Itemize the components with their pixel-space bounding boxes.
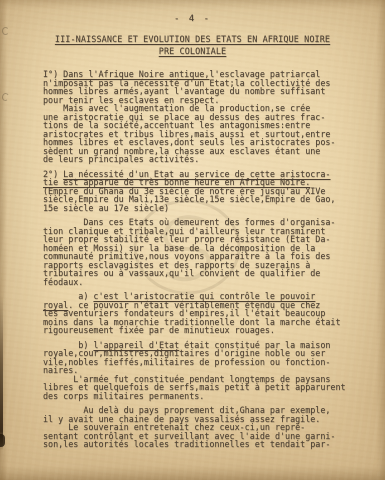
paragraph: Au delà du pays proprement dit,Ghana par… — [43, 406, 355, 449]
text-line: rigoureusement fixée par de minutieux ro… — [43, 326, 355, 335]
text-line: féodaux. — [43, 278, 355, 287]
title-line-2: PRE COLONIALE — [159, 46, 227, 56]
paragraph: a) c'est l'aristocratie qui contrôle le … — [43, 292, 355, 335]
title-line-1: III-NAISSANCE ET EVOLUTION DES ETATS EN … — [55, 34, 330, 44]
page-number: - 4 - — [0, 14, 385, 24]
pencil-mark — [1, 92, 10, 101]
text-line: 15e siècle au 17e siècle) — [43, 204, 355, 213]
paragraph: b) l'appareil d'Etat était constitué par… — [43, 341, 355, 401]
text-line: des corps militaires permanents. — [43, 392, 355, 401]
text-line: son,les autorités locales traditionnelle… — [43, 440, 355, 449]
document-title: III-NAISSANCE ET EVOLUTION DES ETATS EN … — [0, 33, 385, 57]
scan-edge-shadow — [0, 295, 3, 450]
paragraph: Dans ces Etats où demeurent des formes d… — [43, 218, 355, 286]
scan-edge-blob — [0, 434, 5, 447]
text-line: de leurs principales activités. — [43, 155, 355, 164]
scanned-document-page: - 4 - III-NAISSANCE ET EVOLUTION DES ETA… — [0, 0, 385, 480]
document-body: I°) Dans l'Afrique Noire antique,l'escla… — [43, 70, 355, 449]
text-line: tributaires ou à vassaux,qu'il convient … — [43, 269, 355, 278]
paragraph: 2°) La nécessité d'un Etat au service de… — [43, 170, 355, 213]
paragraph: I°) Dans l'Afrique Noire antique,l'escla… — [43, 70, 355, 164]
text-line: vile,nobles fieffés,militaires de profes… — [43, 358, 355, 367]
